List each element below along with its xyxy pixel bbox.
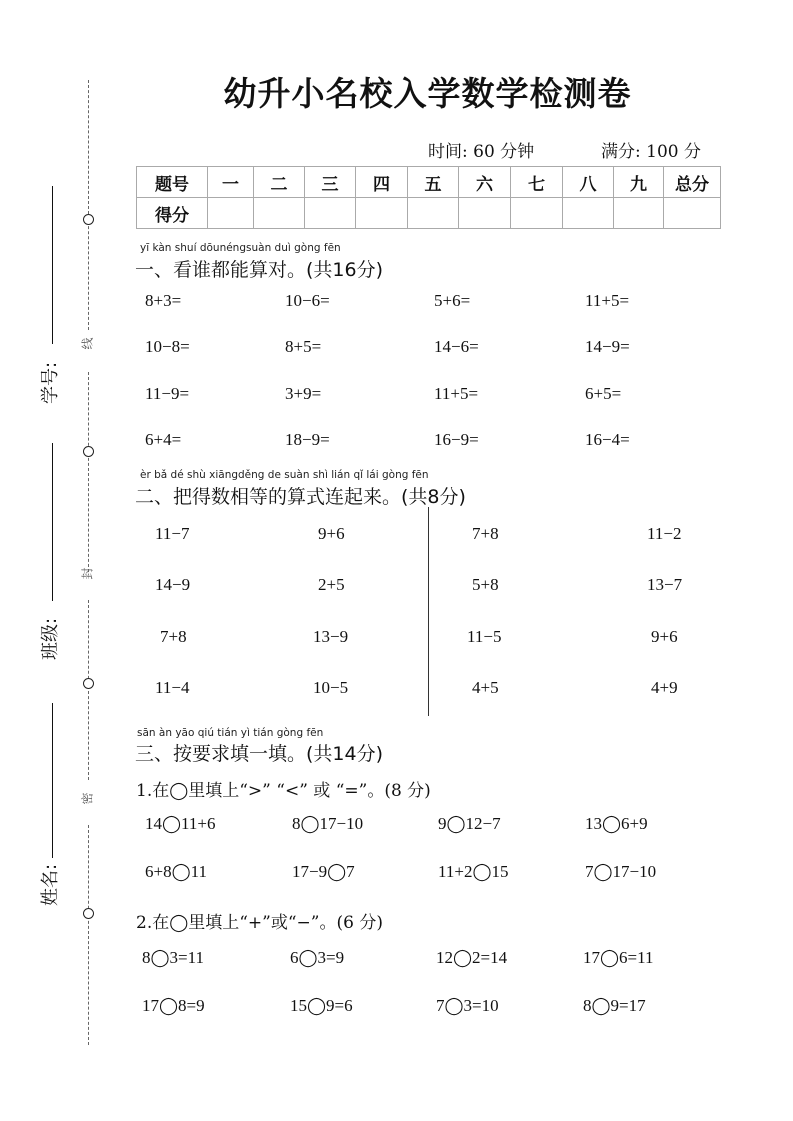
table-cell: 得分 [137, 198, 208, 229]
table-cell: 题号 [137, 167, 208, 198]
section2-heading: 二、把得数相等的算式连起来。(共8分) [135, 482, 466, 509]
operator-problem[interactable]: 17◯8=9 [142, 996, 205, 1016]
student-id-field[interactable] [52, 186, 53, 344]
problem: 11+5= [434, 384, 478, 404]
problem: 18−9= [285, 430, 330, 450]
time-limit: 时间: 60 分钟 [428, 137, 534, 162]
section3-heading: 三、按要求填一填。(共14分) [135, 739, 383, 766]
problem: 16−9= [434, 430, 479, 450]
match-expression[interactable]: 4+5 [472, 678, 499, 698]
problem: 11+5= [585, 291, 629, 311]
match-divider [428, 507, 429, 716]
problem: 8+3= [145, 291, 181, 311]
table-cell: 二 [254, 167, 305, 198]
compare-problem[interactable]: 13◯6+9 [585, 814, 648, 834]
match-expression[interactable]: 11−2 [647, 524, 681, 544]
compare-problem[interactable]: 9◯12−7 [438, 814, 501, 834]
section3-pinyin: sān àn yāo qiú tián yì tián gòng fēn [137, 727, 323, 739]
operator-problem[interactable]: 8◯9=17 [583, 996, 646, 1016]
student-id-label: 学号: [36, 362, 62, 404]
score-table: 题号 一 二 三 四 五 六 七 八 九 总分 得分 [136, 166, 721, 229]
operator-problem[interactable]: 17◯6=11 [583, 948, 653, 968]
compare-problem[interactable]: 17−9◯7 [292, 862, 355, 882]
problem: 10−6= [285, 291, 330, 311]
match-expression[interactable]: 11−4 [155, 678, 189, 698]
class-field[interactable] [52, 443, 53, 601]
operator-problem[interactable]: 7◯3=10 [436, 996, 499, 1016]
page-title: 幼升小名校入学数学检测卷 [0, 68, 793, 115]
binding-hole-icon [83, 214, 94, 225]
name-field[interactable] [52, 703, 53, 858]
problem: 10−8= [145, 337, 190, 357]
dashed-cut-line [88, 600, 89, 780]
problem: 6+5= [585, 384, 621, 404]
match-expression[interactable]: 9+6 [651, 627, 678, 647]
compare-problem[interactable]: 6+8◯11 [145, 862, 207, 882]
compare-problem[interactable]: 14◯11+6 [145, 814, 215, 834]
match-expression[interactable]: 11−7 [155, 524, 189, 544]
operator-problem[interactable]: 8◯3=11 [142, 948, 204, 968]
section1-pinyin: yī kàn shuí dōunéngsuàn duì gòng fēn [140, 242, 341, 254]
score-cell[interactable] [459, 198, 511, 229]
table-cell: 五 [408, 167, 459, 198]
section2-pinyin: èr bǎ dé shù xiāngděng de suàn shì lián … [140, 469, 429, 481]
match-expression[interactable]: 14−9 [155, 575, 190, 595]
match-expression[interactable]: 4+9 [651, 678, 678, 698]
binding-mark-xian: 线 [79, 337, 96, 349]
compare-problem[interactable]: 11+2◯15 [438, 862, 508, 882]
table-score-row: 得分 [137, 198, 721, 229]
score-cell[interactable] [563, 198, 614, 229]
match-expression[interactable]: 11−5 [467, 627, 501, 647]
section3-part2-instruction: 2.在◯里填上“+”或“−”。(6 分) [136, 908, 383, 933]
binding-hole-icon [83, 446, 94, 457]
score-cell[interactable] [511, 198, 563, 229]
table-header-row: 题号 一 二 三 四 五 六 七 八 九 总分 [137, 167, 721, 198]
operator-problem[interactable]: 15◯9=6 [290, 996, 353, 1016]
score-cell[interactable] [408, 198, 459, 229]
problem: 14−9= [585, 337, 630, 357]
compare-problem[interactable]: 7◯17−10 [585, 862, 656, 882]
table-cell: 九 [614, 167, 664, 198]
problem: 8+5= [285, 337, 321, 357]
section3-part1-instruction: 1.在◯里填上“>” “<” 或 “=”。(8 分) [136, 776, 431, 801]
score-cell[interactable] [254, 198, 305, 229]
problem: 6+4= [145, 430, 181, 450]
table-cell: 八 [563, 167, 614, 198]
match-expression[interactable]: 13−7 [647, 575, 682, 595]
operator-problem[interactable]: 12◯2=14 [436, 948, 507, 968]
table-cell: 一 [208, 167, 254, 198]
score-cell[interactable] [614, 198, 664, 229]
name-label: 姓名: [36, 864, 62, 906]
dashed-cut-line [88, 80, 89, 330]
compare-problem[interactable]: 8◯17−10 [292, 814, 363, 834]
match-expression[interactable]: 10−5 [313, 678, 348, 698]
match-expression[interactable]: 5+8 [472, 575, 499, 595]
match-expression[interactable]: 9+6 [318, 524, 345, 544]
table-cell: 三 [305, 167, 356, 198]
score-cell[interactable] [664, 198, 721, 229]
score-cell[interactable] [208, 198, 254, 229]
dashed-cut-line [88, 372, 89, 572]
table-cell: 六 [459, 167, 511, 198]
table-cell: 七 [511, 167, 563, 198]
problem: 11−9= [145, 384, 189, 404]
problem: 3+9= [285, 384, 321, 404]
dashed-cut-line [88, 825, 89, 1045]
binding-hole-icon [83, 908, 94, 919]
full-score: 满分: 100 分 [601, 137, 701, 162]
binding-mark-feng: 封 [79, 567, 96, 579]
class-label: 班级: [36, 618, 62, 660]
match-expression[interactable]: 2+5 [318, 575, 345, 595]
match-expression[interactable]: 13−9 [313, 627, 348, 647]
problem: 5+6= [434, 291, 470, 311]
binding-mark-mi: 密 [79, 792, 96, 804]
score-cell[interactable] [305, 198, 356, 229]
operator-problem[interactable]: 6◯3=9 [290, 948, 344, 968]
problem: 16−4= [585, 430, 630, 450]
score-cell[interactable] [356, 198, 408, 229]
binding-hole-icon [83, 678, 94, 689]
problem: 14−6= [434, 337, 479, 357]
match-expression[interactable]: 7+8 [160, 627, 187, 647]
table-cell: 总分 [664, 167, 721, 198]
table-cell: 四 [356, 167, 408, 198]
match-expression[interactable]: 7+8 [472, 524, 499, 544]
section1-heading: 一、看谁都能算对。(共16分) [135, 255, 383, 282]
